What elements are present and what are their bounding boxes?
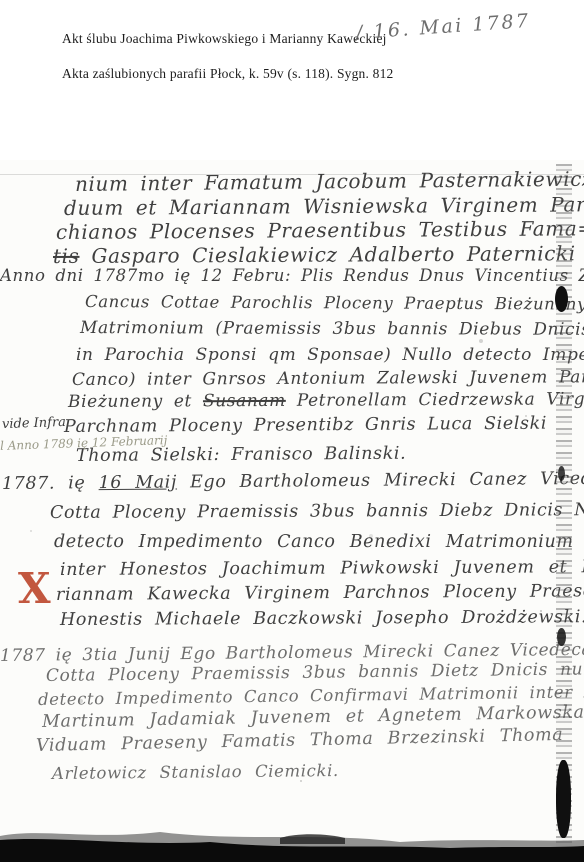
scanned-page: nium inter Famatum Jacobum Pasternakiewi… [0,160,584,862]
manuscript-line: inter Honestos Joachimum Piwkowski Juven… [60,557,584,580]
line-text: Bieżuneny et [68,391,203,412]
manuscript-line: chianos Plocenses Praesentibus Testibus … [56,216,584,244]
line-text: Gasparo Cieslakiewicz Adalberto Paternic… [79,241,575,268]
scan-bottom-edge [0,802,584,862]
manuscript-line: in Parochia Sponsi qm Sponsae) Nullo det… [76,345,584,365]
line-text: 1787. ię [2,473,99,494]
document-page: Akt ślubu Joachima Piwkowskiego i Marian… [0,0,584,862]
handwritten-date-annotation: / 16. Mai 1787 [355,10,531,44]
manuscript-line: Arletowicz Stanislao Ciemicki. [52,761,339,783]
manuscript-line: duum et Mariannam Wisniewska Virginem Pa… [64,192,584,220]
manuscript-line: tis Gasparo Cieslakiewicz Adalberto Pate… [53,241,576,268]
line-text: nium inter Famatum Jacobum Pasternakiewi… [75,166,584,196]
line-text: riannam Kawecka Virginem Parchnos Plocen… [56,581,584,605]
line-text: Honestis Michaele Baczkowski Josepho Dro… [60,607,584,630]
line-text: Arletowicz Stanislao Ciemicki. [52,761,339,783]
red-x-marker: X [18,568,51,610]
ink-blot [557,628,566,646]
margin-note-vide-infra: vide Infra [2,415,66,432]
manuscript-line: Canco) inter Gnrsos Antonium Zalewski Ju… [72,367,584,390]
caption-source-reference: Akta zaślubionych parafii Płock, k. 59v … [62,66,394,82]
manuscript-line: Cancus Cottae Parochlis Ploceny Praeptus… [85,292,584,314]
line-text: Petronellam Ciedrzewska Virginem [286,389,584,411]
manuscript-line: Matrimonium (Praemissis 3bus bannis Dieb… [80,318,584,340]
manuscript-line: riannam Kawecka Virginem Parchnos Plocen… [56,581,584,605]
line-text: Canco) inter Gnrsos Antonium Zalewski Ju… [72,367,584,390]
line-text: in Parochia Sponsi qm Sponsae) Nullo det… [76,345,584,365]
line-text: Cotta Ploceny Praemissis 3bus bannis Die… [50,500,584,523]
manuscript-line: detecto Impedimento Canco Benedixi Matri… [54,532,574,552]
line-text: detecto Impedimento Canco Benedixi Matri… [54,532,574,552]
caption-title: Akt ślubu Joachima Piwkowskiego i Marian… [62,31,387,47]
struck-word: tis [53,244,80,268]
ink-blot [558,466,565,481]
line-text: duum et Mariannam Wisniewska Virginem Pa… [64,192,584,220]
struck-word: Susanam [203,391,286,411]
manuscript-line: Honestis Michaele Baczkowski Josepho Dro… [60,607,584,630]
line-text: inter Honestos Joachimum Piwkowski Juven… [60,557,584,580]
line-text: Matrimonium (Praemissis 3bus bannis Dieb… [80,318,584,340]
binding-crease [556,164,572,862]
manuscript-line: nium inter Famatum Jacobum Pasternakiewi… [75,166,584,196]
line-text: chianos Plocenses Praesentibus Testibus … [56,216,584,244]
line-text: Ego Bartholomeus Mirecki Canez Vicedecan [177,468,584,492]
ink-blot [555,286,568,312]
line-text: Cancus Cottae Parochlis Ploceny Praeptus… [85,292,584,314]
manuscript-line: Cotta Ploceny Praemissis 3bus bannis Die… [50,500,584,523]
line-text: Anno dni 1787mo ię 12 Febru: Plis Rendus… [0,266,584,285]
underlined-date: 16 Maij [98,472,177,493]
manuscript-line: Anno dni 1787mo ię 12 Febru: Plis Rendus… [0,266,584,285]
manuscript-line: 1787. ię 16 Maij Ego Bartholomeus Mireck… [2,468,584,494]
manuscript-line: Bieżuneny et Susanam Petronellam Ciedrze… [68,389,584,412]
